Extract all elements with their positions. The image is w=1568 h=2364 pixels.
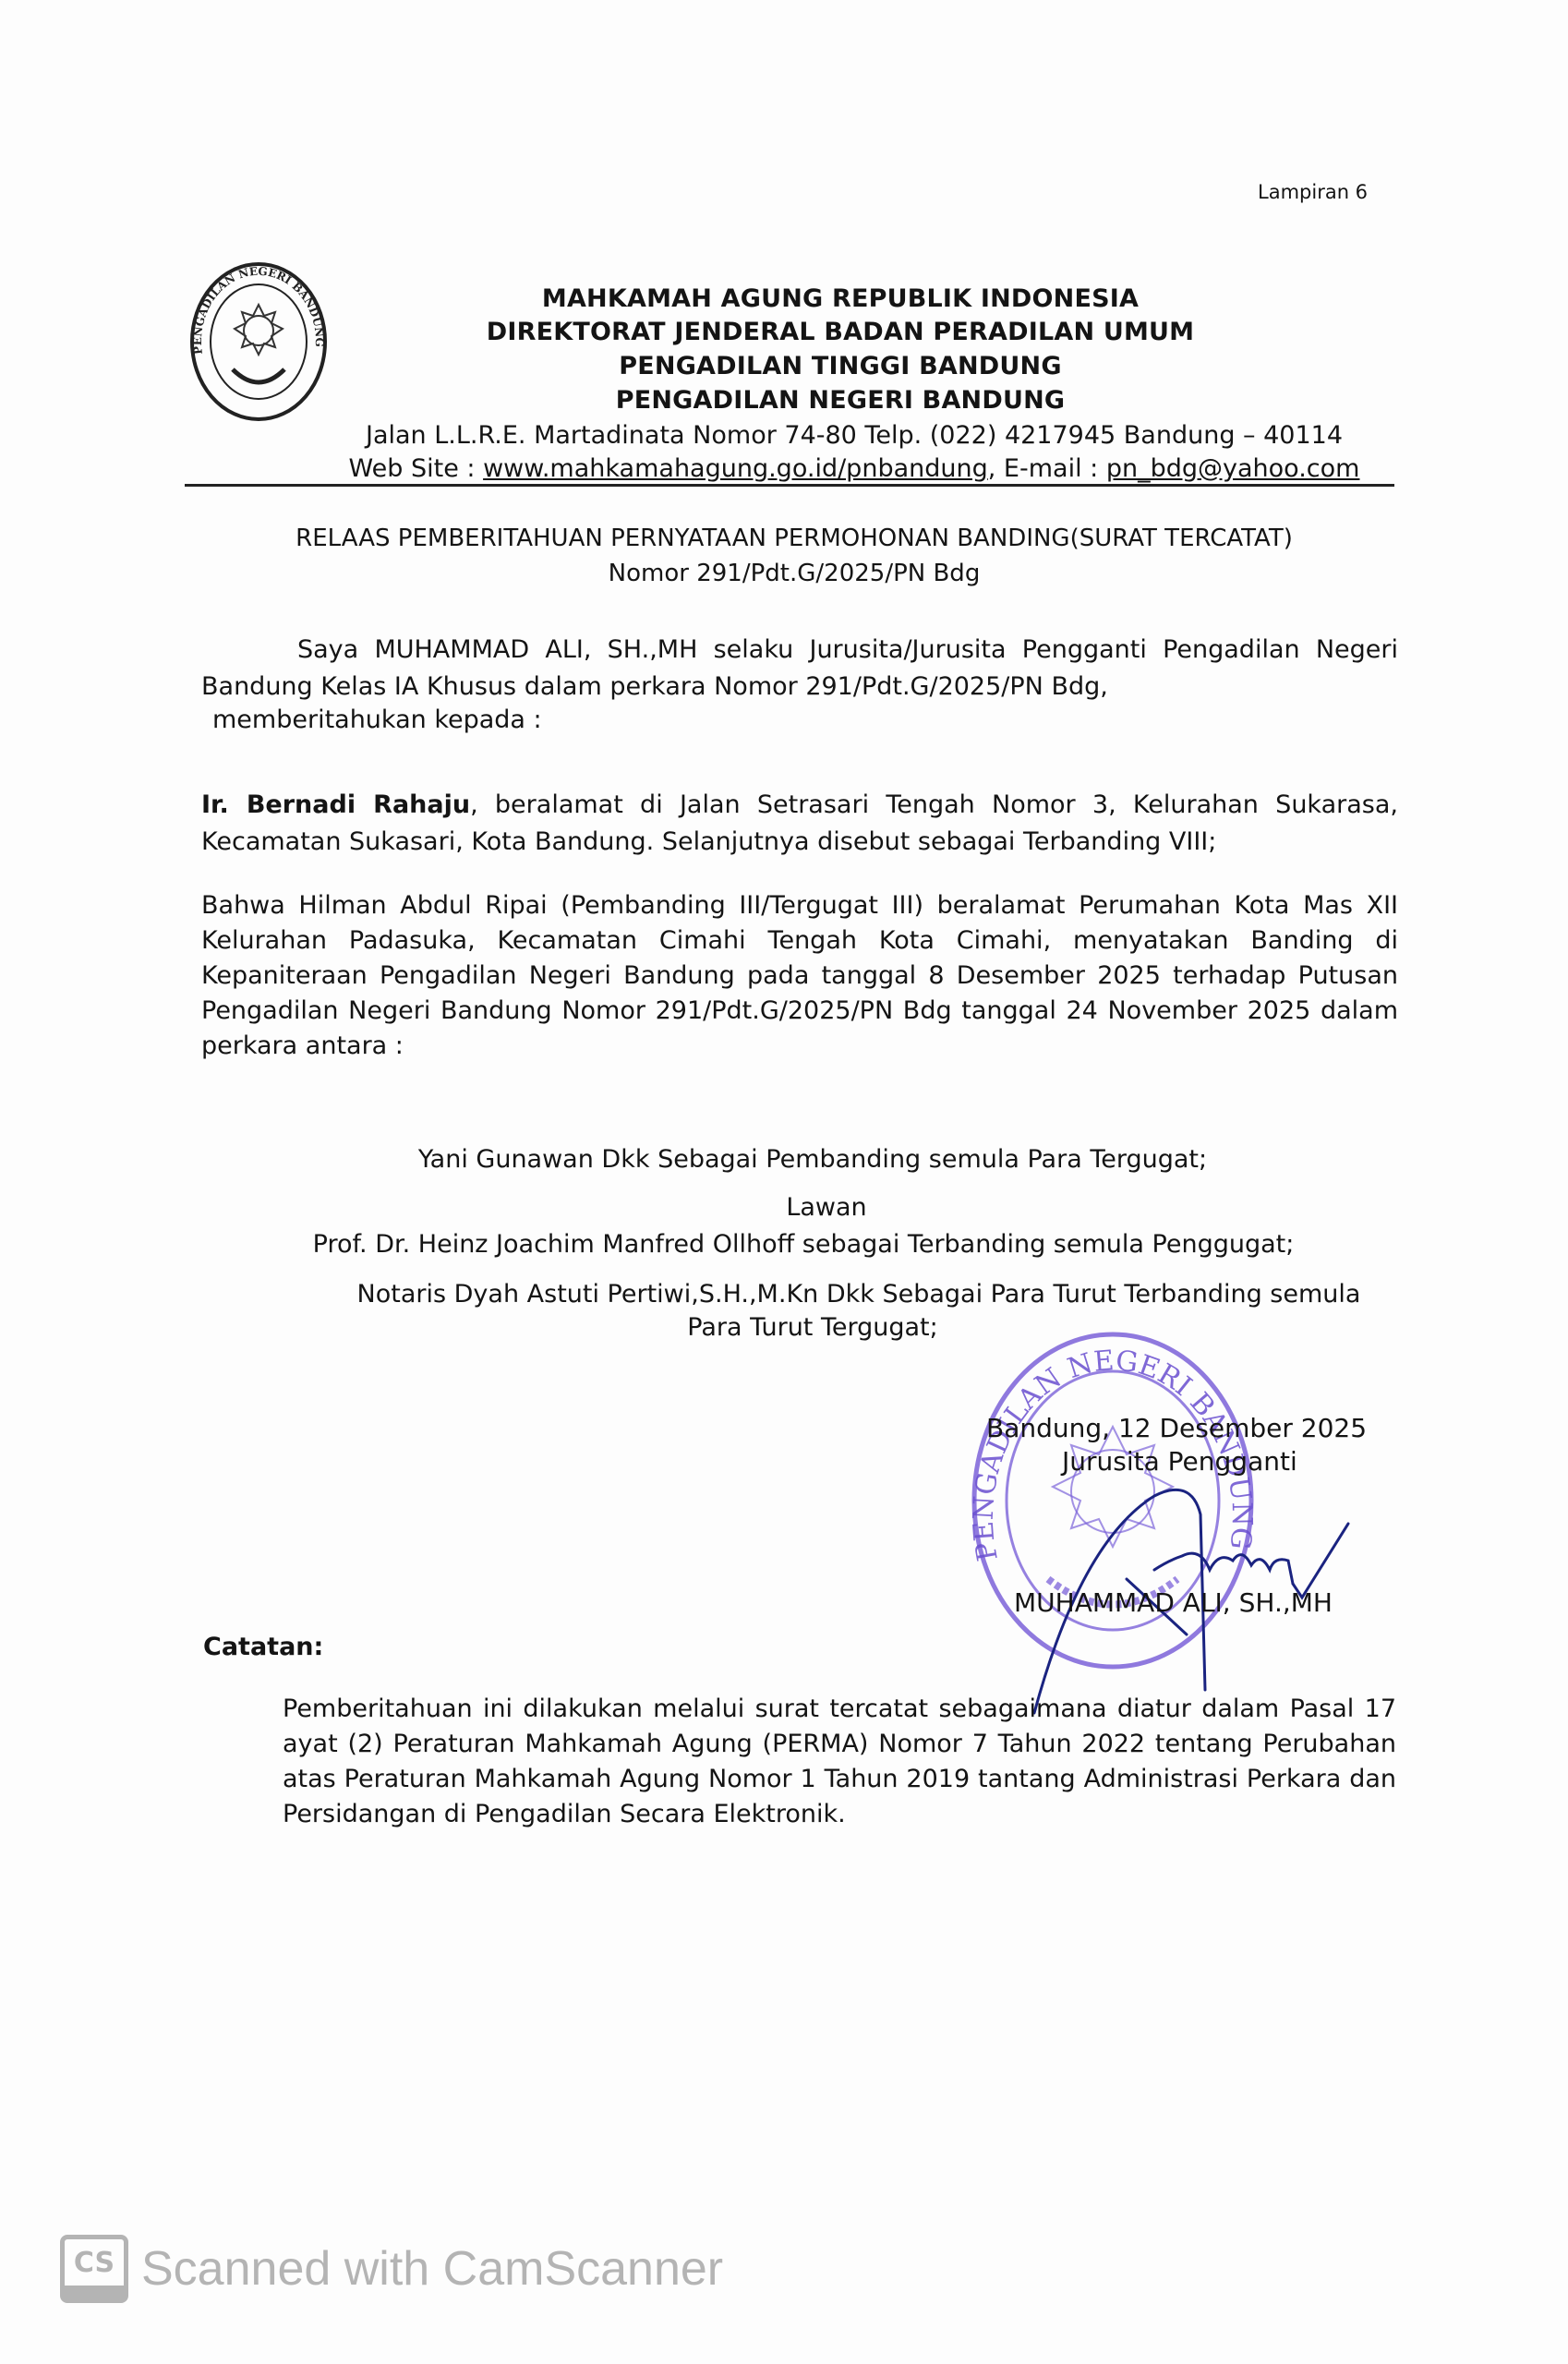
signature-icon <box>970 1385 1394 1718</box>
letterhead-line-4: PENGADILAN NEGERI BANDUNG <box>305 386 1376 415</box>
party-terbanding: Prof. Dr. Heinz Joachim Manfred Ollhoff … <box>203 1230 1404 1259</box>
letterhead-line-3: PENGADILAN TINGGI BANDUNG <box>305 352 1376 380</box>
opening-paragraph-end: memberitahukan kepada : <box>212 706 542 734</box>
letterhead-address: Jalan L.L.R.E. Martadinata Nomor 74-80 T… <box>277 421 1431 450</box>
note-text: Pemberitahuan ini dilakukan melalui sura… <box>283 1692 1396 1832</box>
signature-name: MUHAMMAD ALI, SH.,MH <box>1014 1587 1333 1618</box>
party-lawan: Lawan <box>240 1193 1413 1222</box>
note-label: Catatan: <box>203 1633 323 1661</box>
recipient-name: Ir. Bernadi Rahaju <box>201 790 470 819</box>
camscanner-watermark: CS Scanned with CamScanner <box>60 2235 723 2303</box>
letterhead-contact: Web Site : www.mahkamahagung.go.id/pnban… <box>277 454 1431 483</box>
recipient-paragraph: Ir. Bernadi Rahaju, beralamat di Jalan S… <box>201 787 1398 861</box>
letterhead-line-2: DIREKTORAT JENDERAL BADAN PERADILAN UMUM <box>305 318 1376 346</box>
web-label: Web Site : <box>349 454 484 483</box>
document-title: RELAAS PEMBERITAHUAN PERNYATAAN PERMOHON… <box>185 525 1404 552</box>
opening-paragraph: Saya MUHAMMAD ALI, SH.,MH selaku Jurusit… <box>201 632 1398 706</box>
document-number: Nomor 291/Pdt.G/2025/PN Bdg <box>185 560 1404 587</box>
letterhead-divider <box>185 484 1394 487</box>
website-link[interactable]: www.mahkamahagung.go.id/pnbandung <box>483 454 988 483</box>
email-link[interactable]: pn_bdg@yahoo.com <box>1106 454 1360 483</box>
watermark-text: Scanned with CamScanner <box>141 2241 723 2297</box>
appeal-paragraph: Bahwa Hilman Abdul Ripai (Pembanding III… <box>201 888 1398 1064</box>
party-turut-line-1: Notaris Dyah Astuti Pertiwi,S.H.,M.Kn Dk… <box>314 1280 1404 1309</box>
letterhead-line-1: MAHKAMAH AGUNG REPUBLIK INDONESIA <box>305 284 1376 313</box>
camscanner-logo-icon: CS <box>60 2235 128 2303</box>
attachment-label: Lampiran 6 <box>1258 181 1368 203</box>
email-label: , E-mail : <box>988 454 1106 483</box>
party-pembanding: Yani Gunawan Dkk Sebagai Pembanding semu… <box>231 1145 1394 1174</box>
